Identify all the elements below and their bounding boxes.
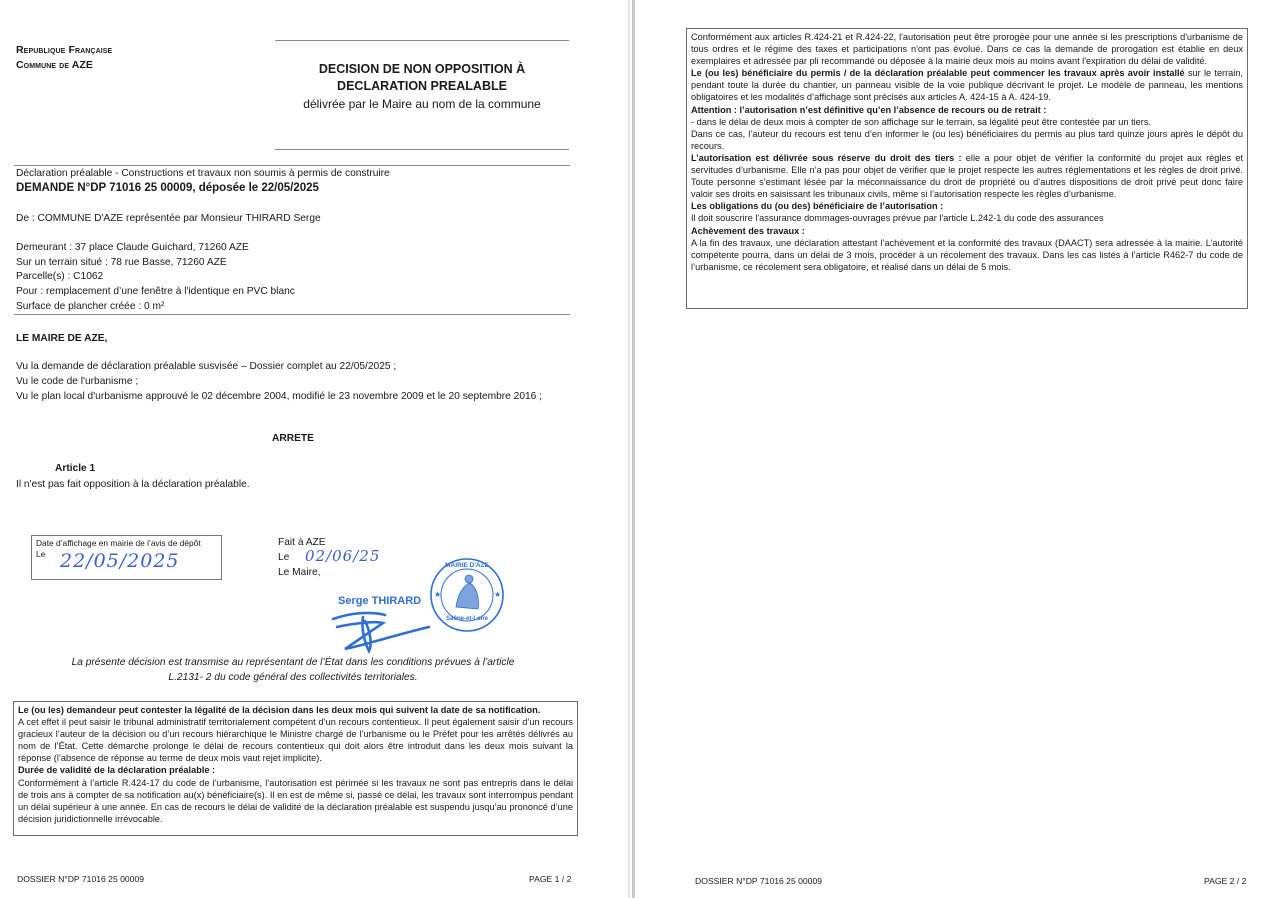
request-rule-top bbox=[14, 165, 570, 166]
page-1: Republique Française Commune de AZE DECI… bbox=[0, 0, 628, 898]
obligations-text: Il doit souscrire l'assurance dommages-o… bbox=[691, 212, 1243, 224]
stamp-top-text: MAIRIE D'AZE bbox=[440, 562, 494, 569]
posting-handwritten-date: 22/05/2025 bbox=[60, 550, 180, 572]
vu-code: Vu le code de l'urbanisme ; bbox=[16, 376, 138, 389]
svg-text:★: ★ bbox=[494, 590, 501, 599]
commune-label: Commune de AZE bbox=[16, 59, 93, 71]
request-type: Déclaration préalable - Constructions et… bbox=[16, 168, 390, 181]
arrete-heading: ARRETE bbox=[16, 433, 570, 446]
document-subtitle: délivrée par le Maire au nom de la commu… bbox=[275, 97, 569, 112]
recourse-text: A cet effet il peut saisir le tribunal a… bbox=[18, 716, 573, 764]
request-parcel: Parcelle(s) : C1062 bbox=[16, 271, 103, 284]
finality-heading: Attention : l’autorisation n’est définit… bbox=[691, 104, 1243, 116]
completion-text: A la fin des travaux, une déclaration at… bbox=[691, 237, 1243, 273]
request-floor-area: Surface de plancher créée : 0 m² bbox=[16, 301, 164, 314]
posting-date-box: Date d’affichage en mairie de l’avis de … bbox=[31, 535, 222, 580]
signature-scribble-icon bbox=[325, 605, 435, 655]
footer-page-number: PAGE 1 / 2 bbox=[529, 874, 571, 884]
finality-text-1: - dans le délai de deux mois à compter d… bbox=[691, 116, 1243, 128]
signature-handwritten-date: 02/06/25 bbox=[305, 547, 380, 565]
request-from: De : COMMUNE D'AZE représentée par Monsi… bbox=[16, 213, 321, 226]
footer-dossier: DOSSIER N°DP 71016 25 00009 bbox=[17, 874, 144, 884]
signature-le: Le bbox=[278, 552, 289, 565]
mayor-label: Le Maire, bbox=[278, 567, 320, 580]
transmission-line2: L.2131- 2 du code général des collectivi… bbox=[16, 672, 570, 685]
title-rule-bottom bbox=[275, 149, 569, 150]
document-title-line2: DECLARATION PREALABLE bbox=[275, 79, 569, 94]
mayor-heading: LE MAIRE DE AZE, bbox=[16, 333, 107, 346]
validity-text: Conformément à l’article R.424-17 du cod… bbox=[18, 777, 573, 825]
stamp-bottom-text: Saône-et-Loire bbox=[440, 616, 494, 622]
footer-page-number-2: PAGE 2 / 2 bbox=[1204, 876, 1246, 886]
request-purpose: Pour : remplacement d’une fenêtre à l'id… bbox=[16, 286, 295, 299]
request-number: DEMANDE N°DP 71016 25 00009, déposée le … bbox=[16, 182, 319, 194]
republic-label: Republique Française bbox=[16, 44, 112, 56]
vu-plu: Vu le plan local d'urbanisme approuvé le… bbox=[16, 390, 570, 405]
title-rule-top bbox=[275, 40, 569, 41]
obligations-heading: Les obligations du (ou des) bénéficiaire… bbox=[691, 200, 1243, 212]
legal-notice-box: Le (ou les) demandeur peut contester la … bbox=[13, 701, 578, 836]
vu-demande: Vu la demande de déclaration préalable s… bbox=[16, 361, 396, 374]
page-2: Conformément aux articles R.424-21 et R.… bbox=[636, 0, 1262, 898]
svg-text:★: ★ bbox=[434, 590, 441, 599]
posting-date-le: Le bbox=[36, 549, 45, 559]
article-1-text: Il n'est pas fait opposition à la déclar… bbox=[16, 479, 250, 492]
transmission-line1: La présente décision est transmise au re… bbox=[16, 657, 570, 670]
request-rule-bottom bbox=[14, 314, 570, 315]
article-1-title: Article 1 bbox=[55, 463, 95, 476]
page-divider bbox=[628, 0, 636, 898]
recourse-heading: Le (ou les) demandeur peut contester la … bbox=[18, 704, 573, 716]
request-site: Sur un terrain situé : 78 rue Basse, 712… bbox=[16, 257, 227, 270]
document-title-line1: DECISION DE NON OPPOSITION À bbox=[275, 62, 569, 77]
legal-notice-box-continued: Conformément aux articles R.424-21 et R.… bbox=[686, 28, 1248, 309]
footer-dossier-2: DOSSIER N°DP 71016 25 00009 bbox=[695, 876, 822, 886]
completion-heading: Achèvement des travaux : bbox=[691, 225, 1243, 237]
third-party-heading: L’autorisation est délivrée sous réserve… bbox=[691, 153, 962, 163]
validity-heading: Durée de validité de la déclaration préa… bbox=[18, 764, 573, 776]
posting-date-label: Date d’affichage en mairie de l’avis de … bbox=[36, 538, 201, 548]
finality-text-2: Dans ce cas, l’auteur du recours est ten… bbox=[691, 128, 1243, 152]
signage-heading: Le (ou les) bénéficiaire du permis / de … bbox=[691, 68, 1185, 78]
extension-text: Conformément aux articles R.424-21 et R.… bbox=[691, 31, 1243, 67]
request-address: Demeurant : 37 place Claude Guichard, 71… bbox=[16, 242, 249, 255]
